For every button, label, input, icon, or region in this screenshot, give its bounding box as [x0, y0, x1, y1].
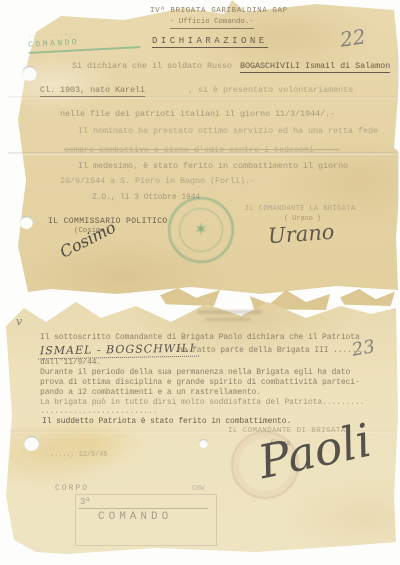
stamp-inner-ring	[179, 208, 223, 252]
doc1-commander-signature: Urano	[267, 222, 335, 248]
torn-paper-scrap	[340, 289, 395, 306]
doc1-struck-line: sempre combattivo e pieno d'odio contro …	[64, 146, 339, 155]
doc2-line3: dall'11/9/44.	[40, 359, 101, 367]
doc1-line6: Il medesimo, è stato ferito in combattim…	[78, 162, 348, 171]
doc1-class-birth: Cl. 1903, nato Kareli	[40, 85, 145, 97]
unit-stamp-underline	[78, 508, 208, 509]
doc2-faint-header-smudge	[198, 310, 262, 314]
doc1-soldier-name: BOGASCHIVILI Ismail di Salamon	[240, 61, 390, 73]
doc1-page-number: 22	[339, 26, 367, 49]
doc1-letterhead-line1: IVª BRIGATA GARIBALDINA GAP	[150, 8, 288, 16]
punch-hole	[199, 439, 208, 448]
comando-stamp-text: COMANDO	[98, 512, 172, 523]
corpo-stamp-text: CORPO	[55, 485, 89, 493]
punch-hole	[22, 66, 37, 81]
doc1-line3: nelle file dei patrioti italiani il gior…	[60, 110, 335, 119]
doc1-line2-rest: , si è presentato volontariamente	[188, 85, 353, 95]
doc2-line1: Il sottoscritto Comandante di Brigata Pa…	[40, 334, 360, 342]
doc1-line4: Il nominato ha prestato ottimo servizio …	[78, 127, 378, 136]
crw-stamp-text: CRW	[192, 486, 204, 493]
doc2-date-line: ....., 12/5/45	[50, 452, 107, 459]
doc2-line6: pando a 12 combattimenti e a un rastrell…	[40, 389, 261, 397]
torn-paper-scrap	[160, 288, 220, 306]
doc1-letterhead-line2: - Ufficio Comando.-	[170, 19, 254, 29]
doc2-line9: Il suddetto Patriota è stato ferito in c…	[42, 418, 291, 426]
unit-stamp-text: 3ª	[80, 498, 91, 507]
scanned-document-photo: IVª BRIGATA GARIBALDINA GAP - Ufficio Co…	[0, 0, 400, 565]
punch-hole	[24, 436, 39, 451]
doc2-check-mark: v	[16, 316, 22, 327]
doc2-line5: prova di ottima disciplina e grande spir…	[40, 379, 360, 387]
doc2-line7: La brigata può in tutto dirsi molto sodd…	[40, 399, 364, 407]
doc1-line1-prefix: Si dichiara che il soldato Russo	[72, 61, 232, 71]
doc2-inserted-patriot-name: ISMAEL - BOGSCHWILI	[38, 343, 199, 360]
doc2-page-number: 23	[351, 338, 377, 360]
doc2-line2-rest: ha fatto parte della Brigata III ......	[178, 347, 361, 355]
doc2-dotted-line: .........................	[40, 408, 158, 416]
doc2-line4: Durante il periodo della sua permanenza …	[40, 369, 350, 377]
doc2-faint-header-underline	[206, 318, 250, 321]
doc1-right-signature-title: IL COMANDANTE LA BRIGATA	[245, 206, 355, 213]
punch-hole	[20, 216, 33, 229]
doc1-title: DICHIARAZIONE	[152, 37, 268, 48]
green-round-stamp-icon: ✶	[168, 197, 234, 263]
doc1-line7: 26/9/1944 a S. Piero in Bagno (Forlì).-	[60, 177, 255, 186]
